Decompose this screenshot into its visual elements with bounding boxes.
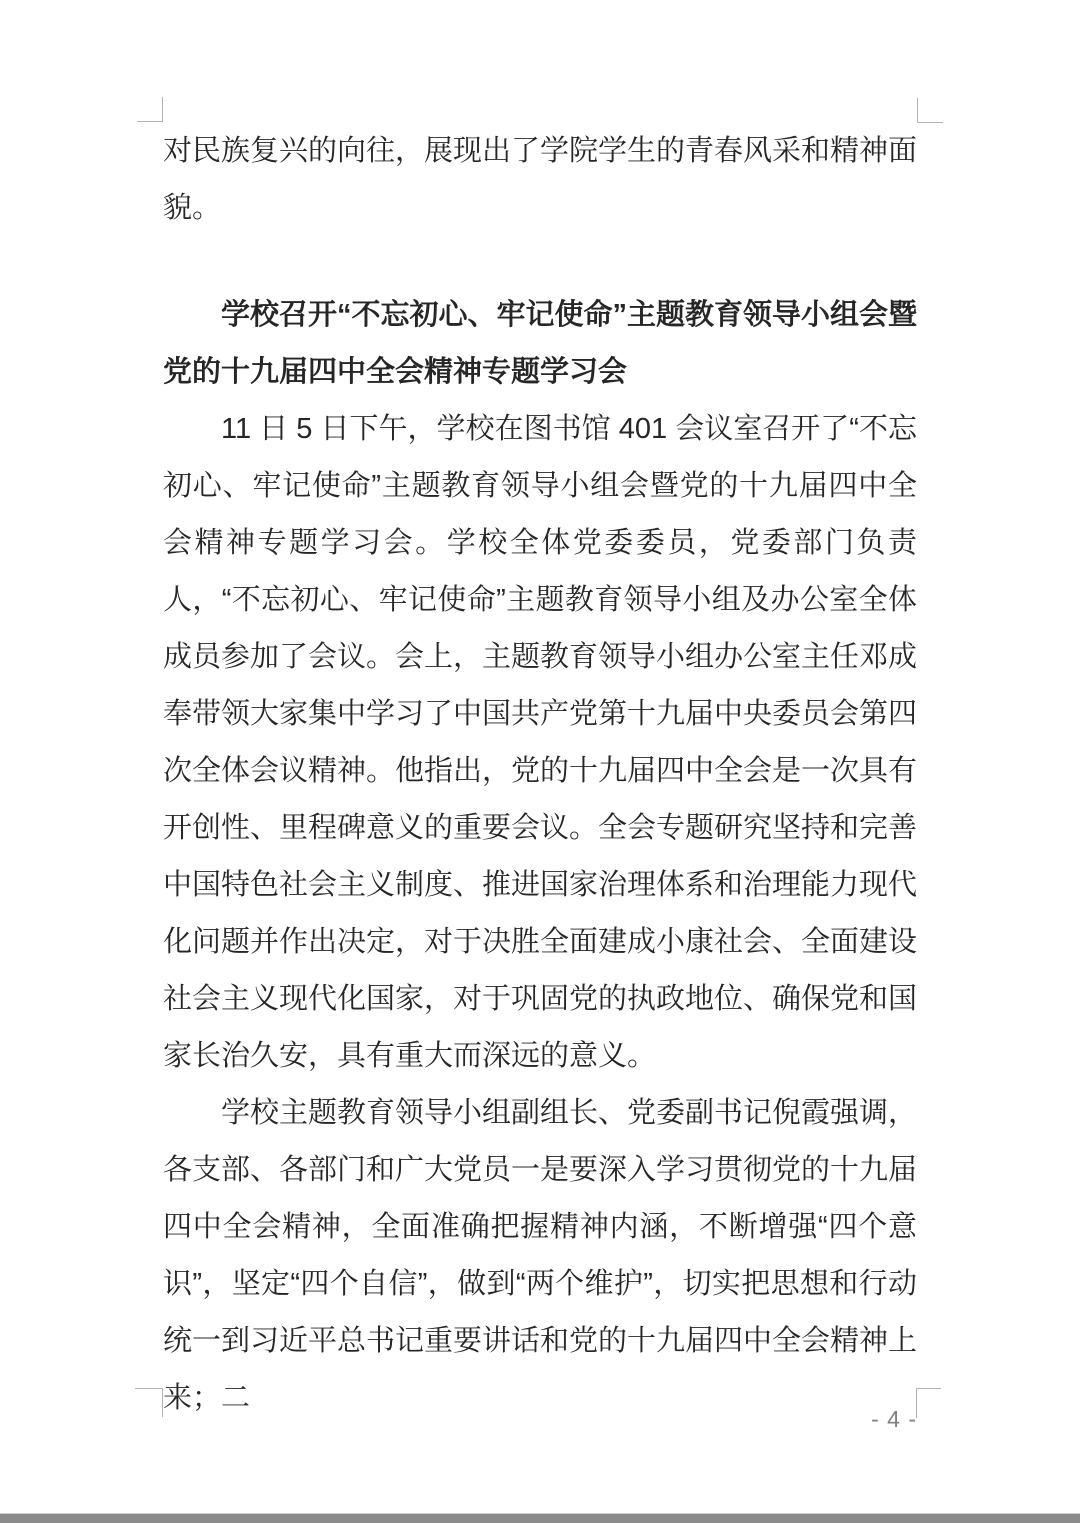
crop-mark-top-left-icon bbox=[137, 97, 163, 122]
document-page: 对民族复兴的向往，展现出了学院学生的青春风采和精神面貌。 学校召开“不忘初心、牢… bbox=[0, 0, 1080, 1523]
paragraph-nixia-remarks: 学校主题教育领导小组副组长、党委副书记倪霞强调，各支部、各部门和广大党员一是要深… bbox=[163, 1085, 917, 1427]
page-number: - 4 - bbox=[163, 1404, 917, 1434]
paragraph-gap bbox=[163, 237, 917, 287]
crop-mark-top-right-icon bbox=[917, 98, 943, 123]
crop-mark-bottom-left-icon bbox=[135, 1388, 163, 1417]
document-body: 对民族复兴的向往，展现出了学院学生的青春风采和精神面貌。 学校召开“不忘初心、牢… bbox=[163, 123, 917, 1427]
page-bottom-edge bbox=[0, 1513, 1080, 1523]
paragraph-meeting-report: 11 日 5 日下午，学校在图书馆 401 会议室召开了“不忘初心、牢记使命”主… bbox=[163, 401, 917, 1085]
crop-mark-bottom-right-icon bbox=[916, 1388, 941, 1418]
section-heading: 学校召开“不忘初心、牢记使命”主题教育领导小组会暨党的十九届四中全会精神专题学习… bbox=[163, 287, 917, 401]
paragraph-continuation: 对民族复兴的向往，展现出了学院学生的青春风采和精神面貌。 bbox=[163, 123, 917, 237]
